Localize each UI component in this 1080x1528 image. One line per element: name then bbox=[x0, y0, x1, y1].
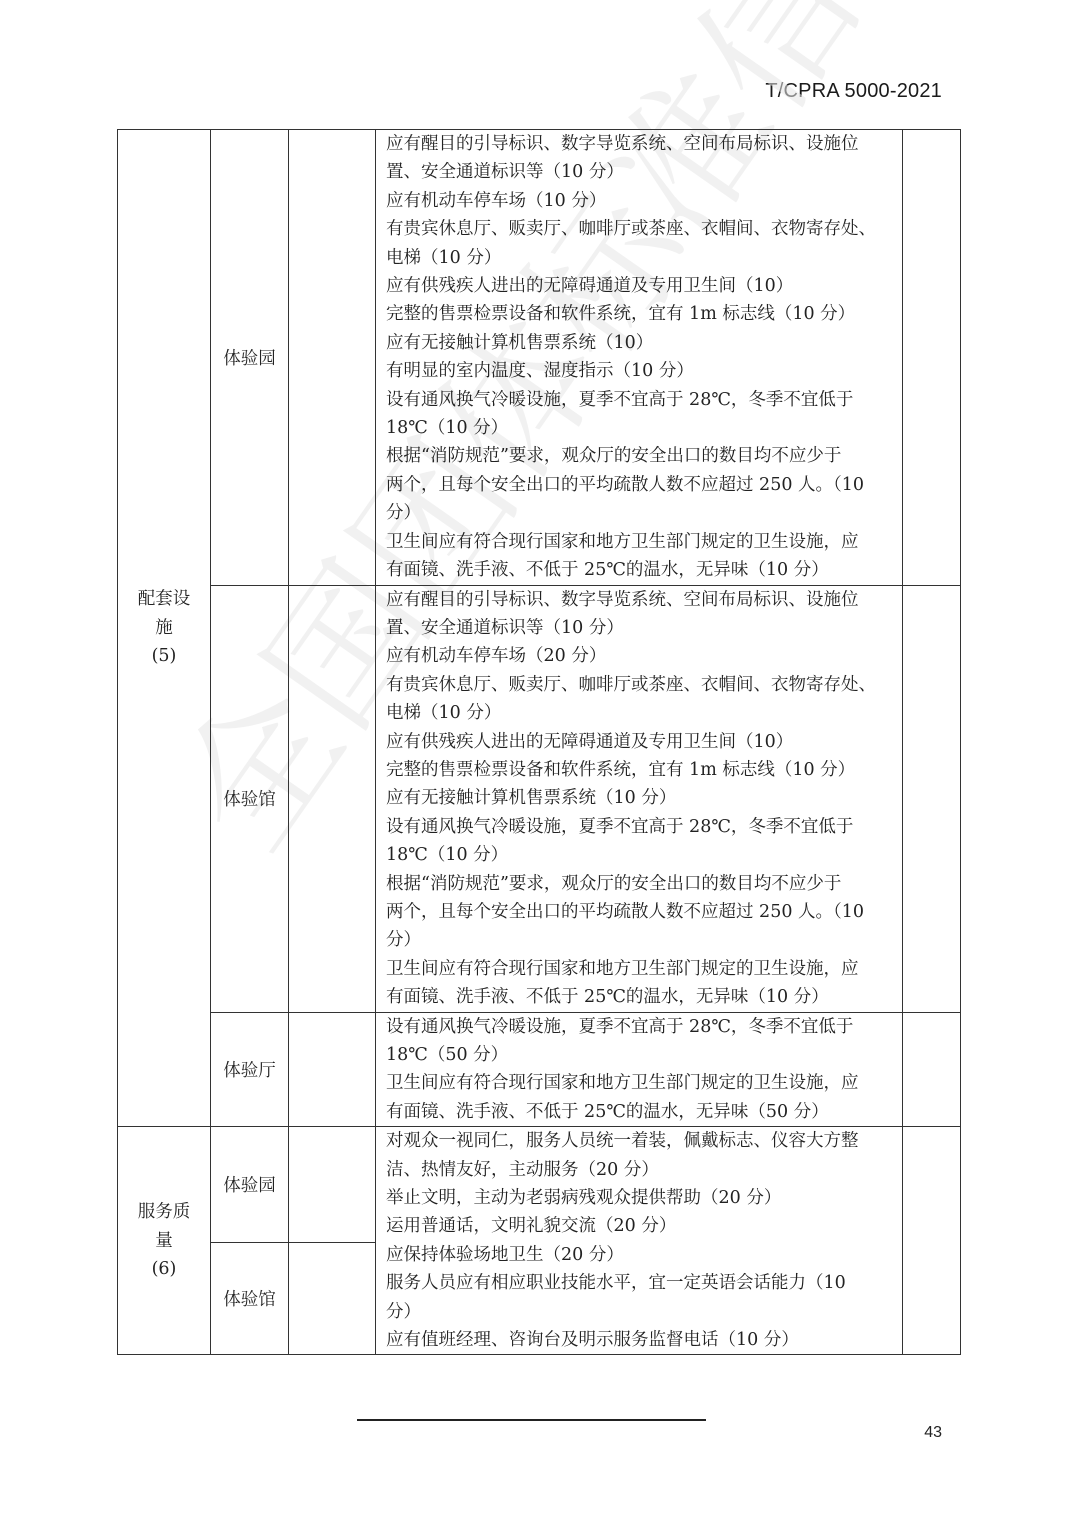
table-row: 体验厅 设有通风换气冷暖设施，夏季不宜高于 28℃，冬季不宜低于 18℃（50 … bbox=[118, 1012, 961, 1127]
criteria-line: 电梯（10 分） bbox=[386, 699, 894, 727]
venue-cell: 体验园 bbox=[211, 1127, 289, 1243]
criteria-cell: 设有通风换气冷暖设施，夏季不宜高于 28℃，冬季不宜低于 18℃（50 分） 卫… bbox=[376, 1012, 903, 1127]
criteria-line: 置、安全通道标识等（10 分） bbox=[386, 158, 894, 186]
criteria-cell: 对观众一视同仁，服务人员统一着装，佩戴标志、仪容大方整 洁、热情友好，主动服务（… bbox=[376, 1127, 903, 1355]
criteria-line: 卫生间应有符合现行国家和地方卫生部门规定的卫生设施，应 bbox=[386, 1069, 894, 1097]
score-cell bbox=[903, 1127, 961, 1355]
criteria-line: 应有机动车停车场（20 分） bbox=[386, 642, 894, 670]
criteria-line: 有面镜、洗手液、不低于 25℃的温水，无异味（10 分） bbox=[386, 556, 894, 584]
category-label-line2: 施 bbox=[118, 614, 210, 643]
evaluation-table: 配套设 施 (5) 体验园 应有醒目的引导标识、数字导览系统、空间布局标识、设施… bbox=[117, 129, 961, 1355]
criteria-line: 有面镜、洗手液、不低于 25℃的温水，无异味（50 分） bbox=[386, 1098, 894, 1126]
footer-divider bbox=[357, 1419, 706, 1421]
criteria-line: 对观众一视同仁，服务人员统一着装，佩戴标志、仪容大方整 bbox=[386, 1127, 894, 1155]
criteria-line: 有贵宾休息厅、贩卖厅、咖啡厅或茶座、衣帽间、衣物寄存处、 bbox=[386, 671, 894, 699]
criteria-line: 分） bbox=[386, 926, 894, 954]
criteria-line: 应有无接触计算机售票系统（10 分） bbox=[386, 784, 894, 812]
venue-cell: 体验馆 bbox=[211, 585, 289, 1012]
category-label-line2: 量 bbox=[118, 1227, 210, 1256]
criteria-line: 分） bbox=[386, 1298, 894, 1326]
criteria-line: 有贵宾休息厅、贩卖厅、咖啡厅或茶座、衣帽间、衣物寄存处、 bbox=[386, 215, 894, 243]
criteria-line: 设有通风换气冷暖设施，夏季不宜高于 28℃，冬季不宜低于 bbox=[386, 813, 894, 841]
criteria-line: 有明显的室内温度、湿度指示（10 分） bbox=[386, 357, 894, 385]
venue-cell: 体验厅 bbox=[211, 1012, 289, 1127]
criteria-line: 应有供残疾人进出的无障碍通道及专用卫生间（10） bbox=[386, 272, 894, 300]
criteria-line: 应保持体验场地卫生（20 分） bbox=[386, 1241, 894, 1269]
criteria-line: 有面镜、洗手液、不低于 25℃的温水，无异味（10 分） bbox=[386, 983, 894, 1011]
category-number: (6) bbox=[118, 1255, 210, 1284]
category-number: (5) bbox=[118, 642, 210, 671]
criteria-line: 完整的售票检票设备和软件系统，宜有 1m 标志线（10 分） bbox=[386, 300, 894, 328]
venue-cell: 体验馆 bbox=[211, 1242, 289, 1355]
criteria-line: 电梯（10 分） bbox=[386, 244, 894, 272]
criteria-line: 两个，且每个安全出口的平均疏散人数不应超过 250 人。（10 bbox=[386, 898, 894, 926]
criteria-line: 设有通风换气冷暖设施，夏季不宜高于 28℃，冬季不宜低于 bbox=[386, 386, 894, 414]
criteria-line: 应有无接触计算机售票系统（10） bbox=[386, 329, 894, 357]
category-cell: 服务质 量 (6) bbox=[118, 1127, 211, 1355]
criteria-line: 卫生间应有符合现行国家和地方卫生部门规定的卫生设施，应 bbox=[386, 528, 894, 556]
standard-code: T/CPRA 5000-2021 bbox=[765, 80, 942, 103]
category-label-line1: 配套设 bbox=[118, 585, 210, 614]
criteria-line: 服务人员应有相应职业技能水平，宜一定英语会话能力（10 bbox=[386, 1269, 894, 1297]
criteria-line: 分） bbox=[386, 499, 894, 527]
score-cell bbox=[903, 1012, 961, 1127]
page-number: 43 bbox=[924, 1424, 942, 1442]
venue-cell: 体验园 bbox=[211, 130, 289, 586]
criteria-line: 两个，且每个安全出口的平均疏散人数不应超过 250 人。（10 bbox=[386, 471, 894, 499]
criteria-line: 洁、热情友好，主动服务（20 分） bbox=[386, 1156, 894, 1184]
criteria-line: 运用普通话，文明礼貌交流（20 分） bbox=[386, 1212, 894, 1240]
table-row: 体验馆 应有醒目的引导标识、数字导览系统、空间布局标识、设施位 置、安全通道标识… bbox=[118, 585, 961, 1012]
criteria-line: 根据“消防规范”要求，观众厅的安全出口的数目均不应少于 bbox=[386, 870, 894, 898]
category-cell: 配套设 施 (5) bbox=[118, 130, 211, 1127]
empty-cell bbox=[289, 1242, 376, 1355]
criteria-line: 应有机动车停车场（10 分） bbox=[386, 187, 894, 215]
criteria-line: 18℃（50 分） bbox=[386, 1041, 894, 1069]
criteria-line: 置、安全通道标识等（10 分） bbox=[386, 614, 894, 642]
criteria-line: 设有通风换气冷暖设施，夏季不宜高于 28℃，冬季不宜低于 bbox=[386, 1013, 894, 1041]
score-cell bbox=[903, 130, 961, 586]
criteria-line: 根据“消防规范”要求，观众厅的安全出口的数目均不应少于 bbox=[386, 442, 894, 470]
criteria-line: 应有醒目的引导标识、数字导览系统、空间布局标识、设施位 bbox=[386, 586, 894, 614]
criteria-cell: 应有醒目的引导标识、数字导览系统、空间布局标识、设施位 置、安全通道标识等（10… bbox=[376, 585, 903, 1012]
empty-cell bbox=[289, 130, 376, 586]
criteria-line: 应有醒目的引导标识、数字导览系统、空间布局标识、设施位 bbox=[386, 130, 894, 158]
criteria-line: 卫生间应有符合现行国家和地方卫生部门规定的卫生设施，应 bbox=[386, 955, 894, 983]
criteria-line: 完整的售票检票设备和软件系统，宜有 1m 标志线（10 分） bbox=[386, 756, 894, 784]
score-cell bbox=[903, 585, 961, 1012]
criteria-line: 18℃（10 分） bbox=[386, 414, 894, 442]
table-row: 配套设 施 (5) 体验园 应有醒目的引导标识、数字导览系统、空间布局标识、设施… bbox=[118, 130, 961, 586]
empty-cell bbox=[289, 585, 376, 1012]
table-row: 服务质 量 (6) 体验园 对观众一视同仁，服务人员统一着装，佩戴标志、仪容大方… bbox=[118, 1127, 961, 1243]
empty-cell bbox=[289, 1127, 376, 1243]
criteria-line: 应有值班经理、咨询台及明示服务监督电话（10 分） bbox=[386, 1326, 894, 1354]
empty-cell bbox=[289, 1012, 376, 1127]
criteria-cell: 应有醒目的引导标识、数字导览系统、空间布局标识、设施位 置、安全通道标识等（10… bbox=[376, 130, 903, 586]
criteria-line: 18℃（10 分） bbox=[386, 841, 894, 869]
category-label-line1: 服务质 bbox=[118, 1198, 210, 1227]
criteria-line: 举止文明，主动为老弱病残观众提供帮助（20 分） bbox=[386, 1184, 894, 1212]
criteria-line: 应有供残疾人进出的无障碍通道及专用卫生间（10） bbox=[386, 728, 894, 756]
